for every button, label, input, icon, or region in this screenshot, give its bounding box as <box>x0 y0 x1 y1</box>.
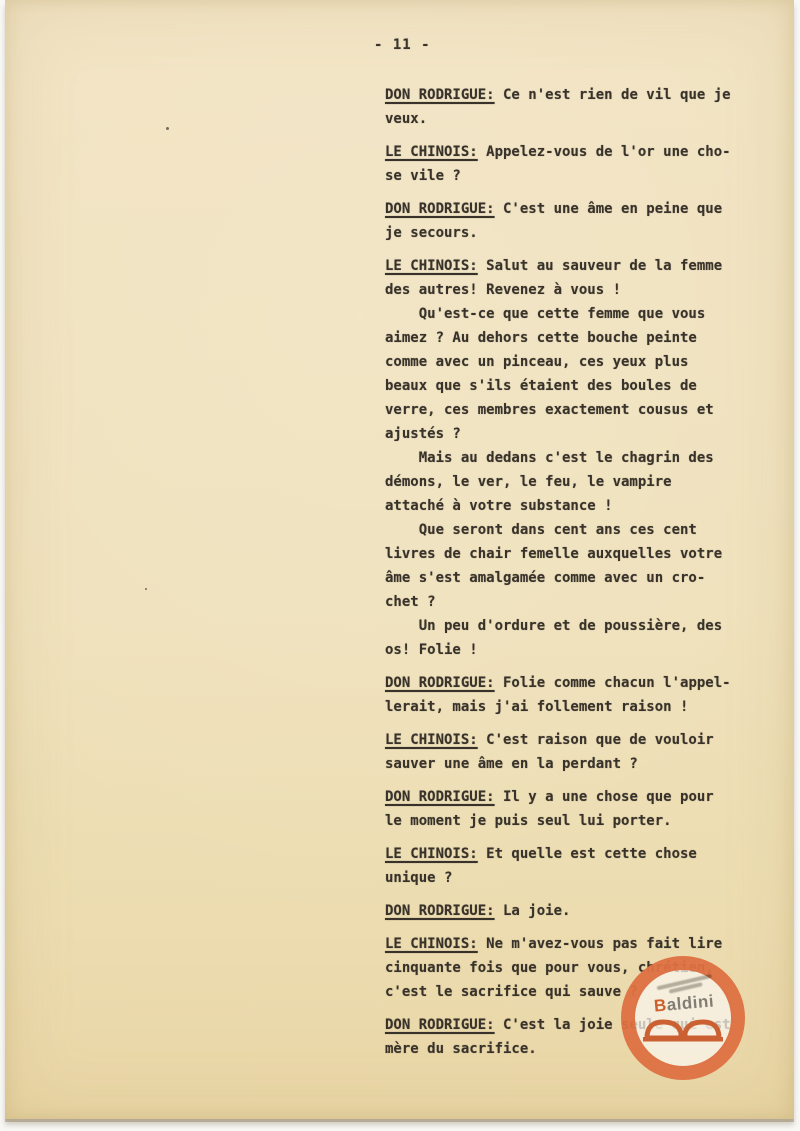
speech: DON RODRIGUE: Ce n'est rien de vil que j… <box>385 83 765 131</box>
dialogue-line: attaché à votre substance ! <box>385 494 765 518</box>
speaker-name: DON RODRIGUE: <box>385 903 495 919</box>
speech: LE CHINOIS: C'est raison que de vouloirs… <box>385 728 765 776</box>
dialogue-line: Qu'est-ce que cette femme que vous <box>385 302 765 326</box>
dialogue-line: livres de chair femelle auxquelles votre <box>385 542 765 566</box>
dialogue-line: unique ? <box>385 866 765 890</box>
dialogue-line: Un peu d'ordure et de poussière, des <box>385 614 765 638</box>
dialogue-line: verre, ces membres exactement cousus et <box>385 398 765 422</box>
dialogue-line: chet ? <box>385 590 765 614</box>
speaker-name: DON RODRIGUE: <box>385 201 495 217</box>
speech: LE CHINOIS: Salut au sauveur de la femme… <box>385 254 765 662</box>
dialogue-line: LE CHINOIS: Salut au sauveur de la femme <box>385 254 765 278</box>
dialogue-line: veux. <box>385 107 765 131</box>
dialogue-line: LE CHINOIS: Appelez-vous de l'or une cho… <box>385 140 765 164</box>
dialogue-line: lerait, mais j'ai follement raison ! <box>385 695 765 719</box>
dialogue-line: DON RODRIGUE: C'est une âme en peine que <box>385 197 765 221</box>
paper-speck <box>166 127 169 130</box>
dialogue-line: LE CHINOIS: C'est raison que de vouloir <box>385 728 765 752</box>
dialogue-line: DON RODRIGUE: La joie. <box>385 899 765 923</box>
speaker-name: LE CHINOIS: <box>385 846 478 862</box>
dialogue-line: LE CHINOIS: Et quelle est cette chose <box>385 842 765 866</box>
dialogue-line: âme s'est amalgamée comme avec un cro- <box>385 566 765 590</box>
dialogue-block: DON RODRIGUE: Ce n'est rien de vil que j… <box>385 83 765 1070</box>
speech: DON RODRIGUE: Il y a une chose que pourl… <box>385 785 765 833</box>
dialogue-line: se vile ? <box>385 164 765 188</box>
page-number: - 11 - <box>374 37 431 53</box>
speaker-name: LE CHINOIS: <box>385 732 478 748</box>
dialogue-line: des autres! Revenez à vous ! <box>385 278 765 302</box>
dialogue-line: DON RODRIGUE: Folie comme chacun l'appel… <box>385 671 765 695</box>
dialogue-line: os! Folie ! <box>385 638 765 662</box>
speaker-name: DON RODRIGUE: <box>385 1017 495 1033</box>
dialogue-line: comme avec un pinceau, ces yeux plus <box>385 350 765 374</box>
dialogue-line: Que seront dans cent ans ces cent <box>385 518 765 542</box>
dialogue-line: Mais au dedans c'est le chagrin des <box>385 446 765 470</box>
speaker-name: LE CHINOIS: <box>385 936 478 952</box>
speaker-name: LE CHINOIS: <box>385 144 478 160</box>
dialogue-line: beaux que s'ils étaient des boules de <box>385 374 765 398</box>
dialogue-line: LE CHINOIS: Ne m'avez-vous pas fait lire <box>385 932 765 956</box>
dialogue-line: je secours. <box>385 221 765 245</box>
dialogue-line: le moment je puis seul lui porter. <box>385 809 765 833</box>
dialogue-line: aimez ? Au dehors cette bouche peinte <box>385 326 765 350</box>
dialogue-line: démons, le ver, le feu, le vampire <box>385 470 765 494</box>
dialogue-line: ajustés ? <box>385 422 765 446</box>
speaker-name: DON RODRIGUE: <box>385 675 495 691</box>
dialogue-line: DON RODRIGUE: Ce n'est rien de vil que j… <box>385 83 765 107</box>
dialogue-line: sauver une âme en la perdant ? <box>385 752 765 776</box>
paper-speck <box>387 1051 390 1053</box>
speech: DON RODRIGUE: La joie. <box>385 899 765 923</box>
library-stamp: Baldini <box>621 956 745 1080</box>
dialogue-line: DON RODRIGUE: Il y a une chose que pour <box>385 785 765 809</box>
speaker-name: DON RODRIGUE: <box>385 789 495 805</box>
speech: DON RODRIGUE: C'est une âme en peine que… <box>385 197 765 245</box>
stamp-ring <box>621 956 745 1080</box>
speech: LE CHINOIS: Et quelle est cette choseuni… <box>385 842 765 890</box>
paper-speck <box>145 588 147 590</box>
speech: DON RODRIGUE: Folie comme chacun l'appel… <box>385 671 765 719</box>
speech: LE CHINOIS: Appelez-vous de l'or une cho… <box>385 140 765 188</box>
speaker-name: DON RODRIGUE: <box>385 87 495 103</box>
speaker-name: LE CHINOIS: <box>385 258 478 274</box>
